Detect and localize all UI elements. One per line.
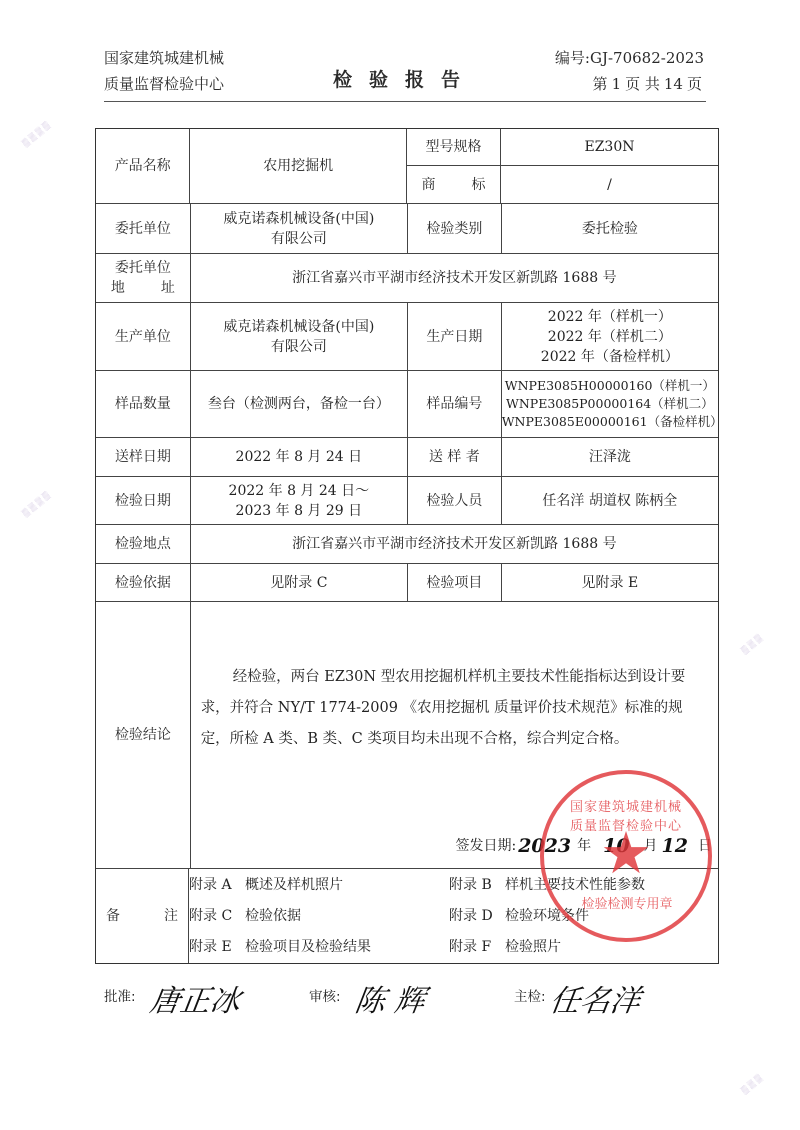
items-label: 检验项目 <box>408 564 502 601</box>
row-product: 产品名称 农用挖掘机 型号规格 EZ30N 商标 / <box>96 129 718 204</box>
basis-value: 见附录 C <box>191 564 408 601</box>
sample-qty-value: 叁台（检测两台，备检一台） <box>191 371 408 437</box>
sample-no-value: WNPE3085H00000160（样机一） WNPE3085P00000164… <box>502 371 718 437</box>
report-number: 编号:GJ-70682-2023 <box>555 48 704 68</box>
production-date-label: 生产日期 <box>408 303 502 370</box>
product-name-value: 农用挖掘机 <box>190 129 407 203</box>
chief-inspector-signature: 任名洋 <box>547 985 642 1019</box>
watermark: ▒ ▒ ▒ <box>740 1073 764 1095</box>
remarks-label: 备注 <box>96 869 189 963</box>
brand-label: 商标 <box>407 166 501 203</box>
page-current: 1 <box>612 75 622 93</box>
official-seal: 国家建筑城建机械质量监督检验中心 ★ 检验检测专用章 <box>540 770 712 942</box>
conclusion-text: 经检验，两台 EZ30N 型农用挖掘机样机主要技术性能指标达到设计要求，并符合 … <box>201 662 710 755</box>
approver-label: 批准: <box>104 985 136 1005</box>
document-title: 检验报告 <box>333 70 477 90</box>
delivery-date-label: 送样日期 <box>96 438 191 476</box>
inspection-type-value: 委托检验 <box>502 204 718 253</box>
production-date-value: 2022 年（样机一） 2022 年（样机二） 2022 年（备检样机） <box>502 303 718 370</box>
row-delivery: 送样日期 2022 年 8 月 24 日 送 样 者 汪泽泷 <box>96 438 718 477</box>
issuing-org-line2: 质量监督检验中心 <box>104 74 224 94</box>
manufacturer-label: 生产单位 <box>96 303 191 370</box>
inspection-date-value: 2022 年 8 月 24 日～ 2023 年 8 月 29 日 <box>191 477 408 524</box>
watermark: ▒ ▒ ▒ ▒ <box>21 121 51 149</box>
model-label: 型号规格 <box>407 129 501 165</box>
issuing-org-line1: 国家建筑城建机械 <box>104 48 224 68</box>
page-indicator: 第1页 共14页 <box>591 74 704 94</box>
client-address-label: 委托单位 地址 <box>96 254 191 302</box>
watermark: ▒ ▒ ▒ ▒ <box>21 491 51 519</box>
seal-text-bottom: 检验检测专用章 <box>572 893 682 912</box>
row-sample: 样品数量 叁台（检测两台，备检一台） 样品编号 WNPE3085H0000016… <box>96 371 718 438</box>
row-inspection-site: 检验地点 浙江省嘉兴市平湖市经济技术开发区新凯路 1688 号 <box>96 525 718 564</box>
page-prefix: 第 <box>593 75 608 93</box>
row-basis: 检验依据 见附录 C 检验项目 见附录 E <box>96 564 718 602</box>
appendix-f: 附录 F检验照片 <box>449 937 718 957</box>
issue-date-label: 签发日期: <box>455 831 516 862</box>
inspectors-label: 检验人员 <box>408 477 502 524</box>
appendix-e: 附录 E检验项目及检验结果 <box>189 937 449 957</box>
row-client-address: 委托单位 地址 浙江省嘉兴市平湖市经济技术开发区新凯路 1688 号 <box>96 254 718 303</box>
model-value: EZ30N <box>501 129 718 165</box>
basis-label: 检验依据 <box>96 564 191 601</box>
product-name-label: 产品名称 <box>96 129 190 203</box>
client-address-value: 浙江省嘉兴市平湖市经济技术开发区新凯路 1688 号 <box>191 254 718 302</box>
approver-signature: 唐正冰 <box>147 985 242 1019</box>
appendix-a: 附录 A概述及样机照片 <box>189 875 449 895</box>
chief-inspector: 主检: 任名洋 <box>514 985 640 1019</box>
report-number-label: 编号: <box>555 49 590 67</box>
client-label: 委托单位 <box>96 204 191 253</box>
page-suffix: 页 <box>687 75 702 93</box>
delivery-date-value: 2022 年 8 月 24 日 <box>191 438 408 476</box>
inspection-site-value: 浙江省嘉兴市平湖市经济技术开发区新凯路 1688 号 <box>191 525 718 563</box>
inspection-type-label: 检验类别 <box>408 204 502 253</box>
client-value: 威克诺森机械设备(中国) 有限公司 <box>191 204 408 253</box>
sender-label: 送 样 者 <box>408 438 502 476</box>
sample-no-label: 样品编号 <box>408 371 502 437</box>
signature-footer: 批准: 唐正冰 审核: 陈 辉 主检: 任名洋 <box>104 985 724 1019</box>
report-number-value: GJ-70682-2023 <box>590 49 704 67</box>
approver: 批准: 唐正冰 <box>104 985 309 1019</box>
inspection-site-label: 检验地点 <box>96 525 191 563</box>
conclusion-label: 检验结论 <box>96 602 191 868</box>
inspectors-value: 任名洋 胡道权 陈柄全 <box>502 477 718 524</box>
sample-qty-label: 样品数量 <box>96 371 191 437</box>
brand-value: / <box>501 166 718 203</box>
sender-value: 汪泽泷 <box>502 438 718 476</box>
reviewer: 审核: 陈 辉 <box>309 985 514 1019</box>
watermark: ▒ ▒ ▒ <box>740 633 764 655</box>
reviewer-signature: 陈 辉 <box>352 985 426 1019</box>
row-manufacturer: 生产单位 威克诺森机械设备(中国) 有限公司 生产日期 2022 年（样机一） … <box>96 303 718 371</box>
inspection-date-label: 检验日期 <box>96 477 191 524</box>
row-inspection-date: 检验日期 2022 年 8 月 24 日～ 2023 年 8 月 29 日 检验… <box>96 477 718 525</box>
model-brand-group: 型号规格 EZ30N 商标 / <box>407 129 718 203</box>
star-icon: ★ <box>600 824 652 882</box>
appendix-c: 附录 C检验依据 <box>189 906 449 926</box>
header-divider <box>104 101 706 102</box>
row-client: 委托单位 威克诺森机械设备(中国) 有限公司 检验类别 委托检验 <box>96 204 718 254</box>
page-total: 14 <box>664 75 683 93</box>
items-value: 见附录 E <box>502 564 718 601</box>
manufacturer-value: 威克诺森机械设备(中国) 有限公司 <box>191 303 408 370</box>
chief-inspector-label: 主检: <box>514 985 546 1005</box>
reviewer-label: 审核: <box>309 985 341 1005</box>
page-mid: 页 共 <box>625 75 660 93</box>
